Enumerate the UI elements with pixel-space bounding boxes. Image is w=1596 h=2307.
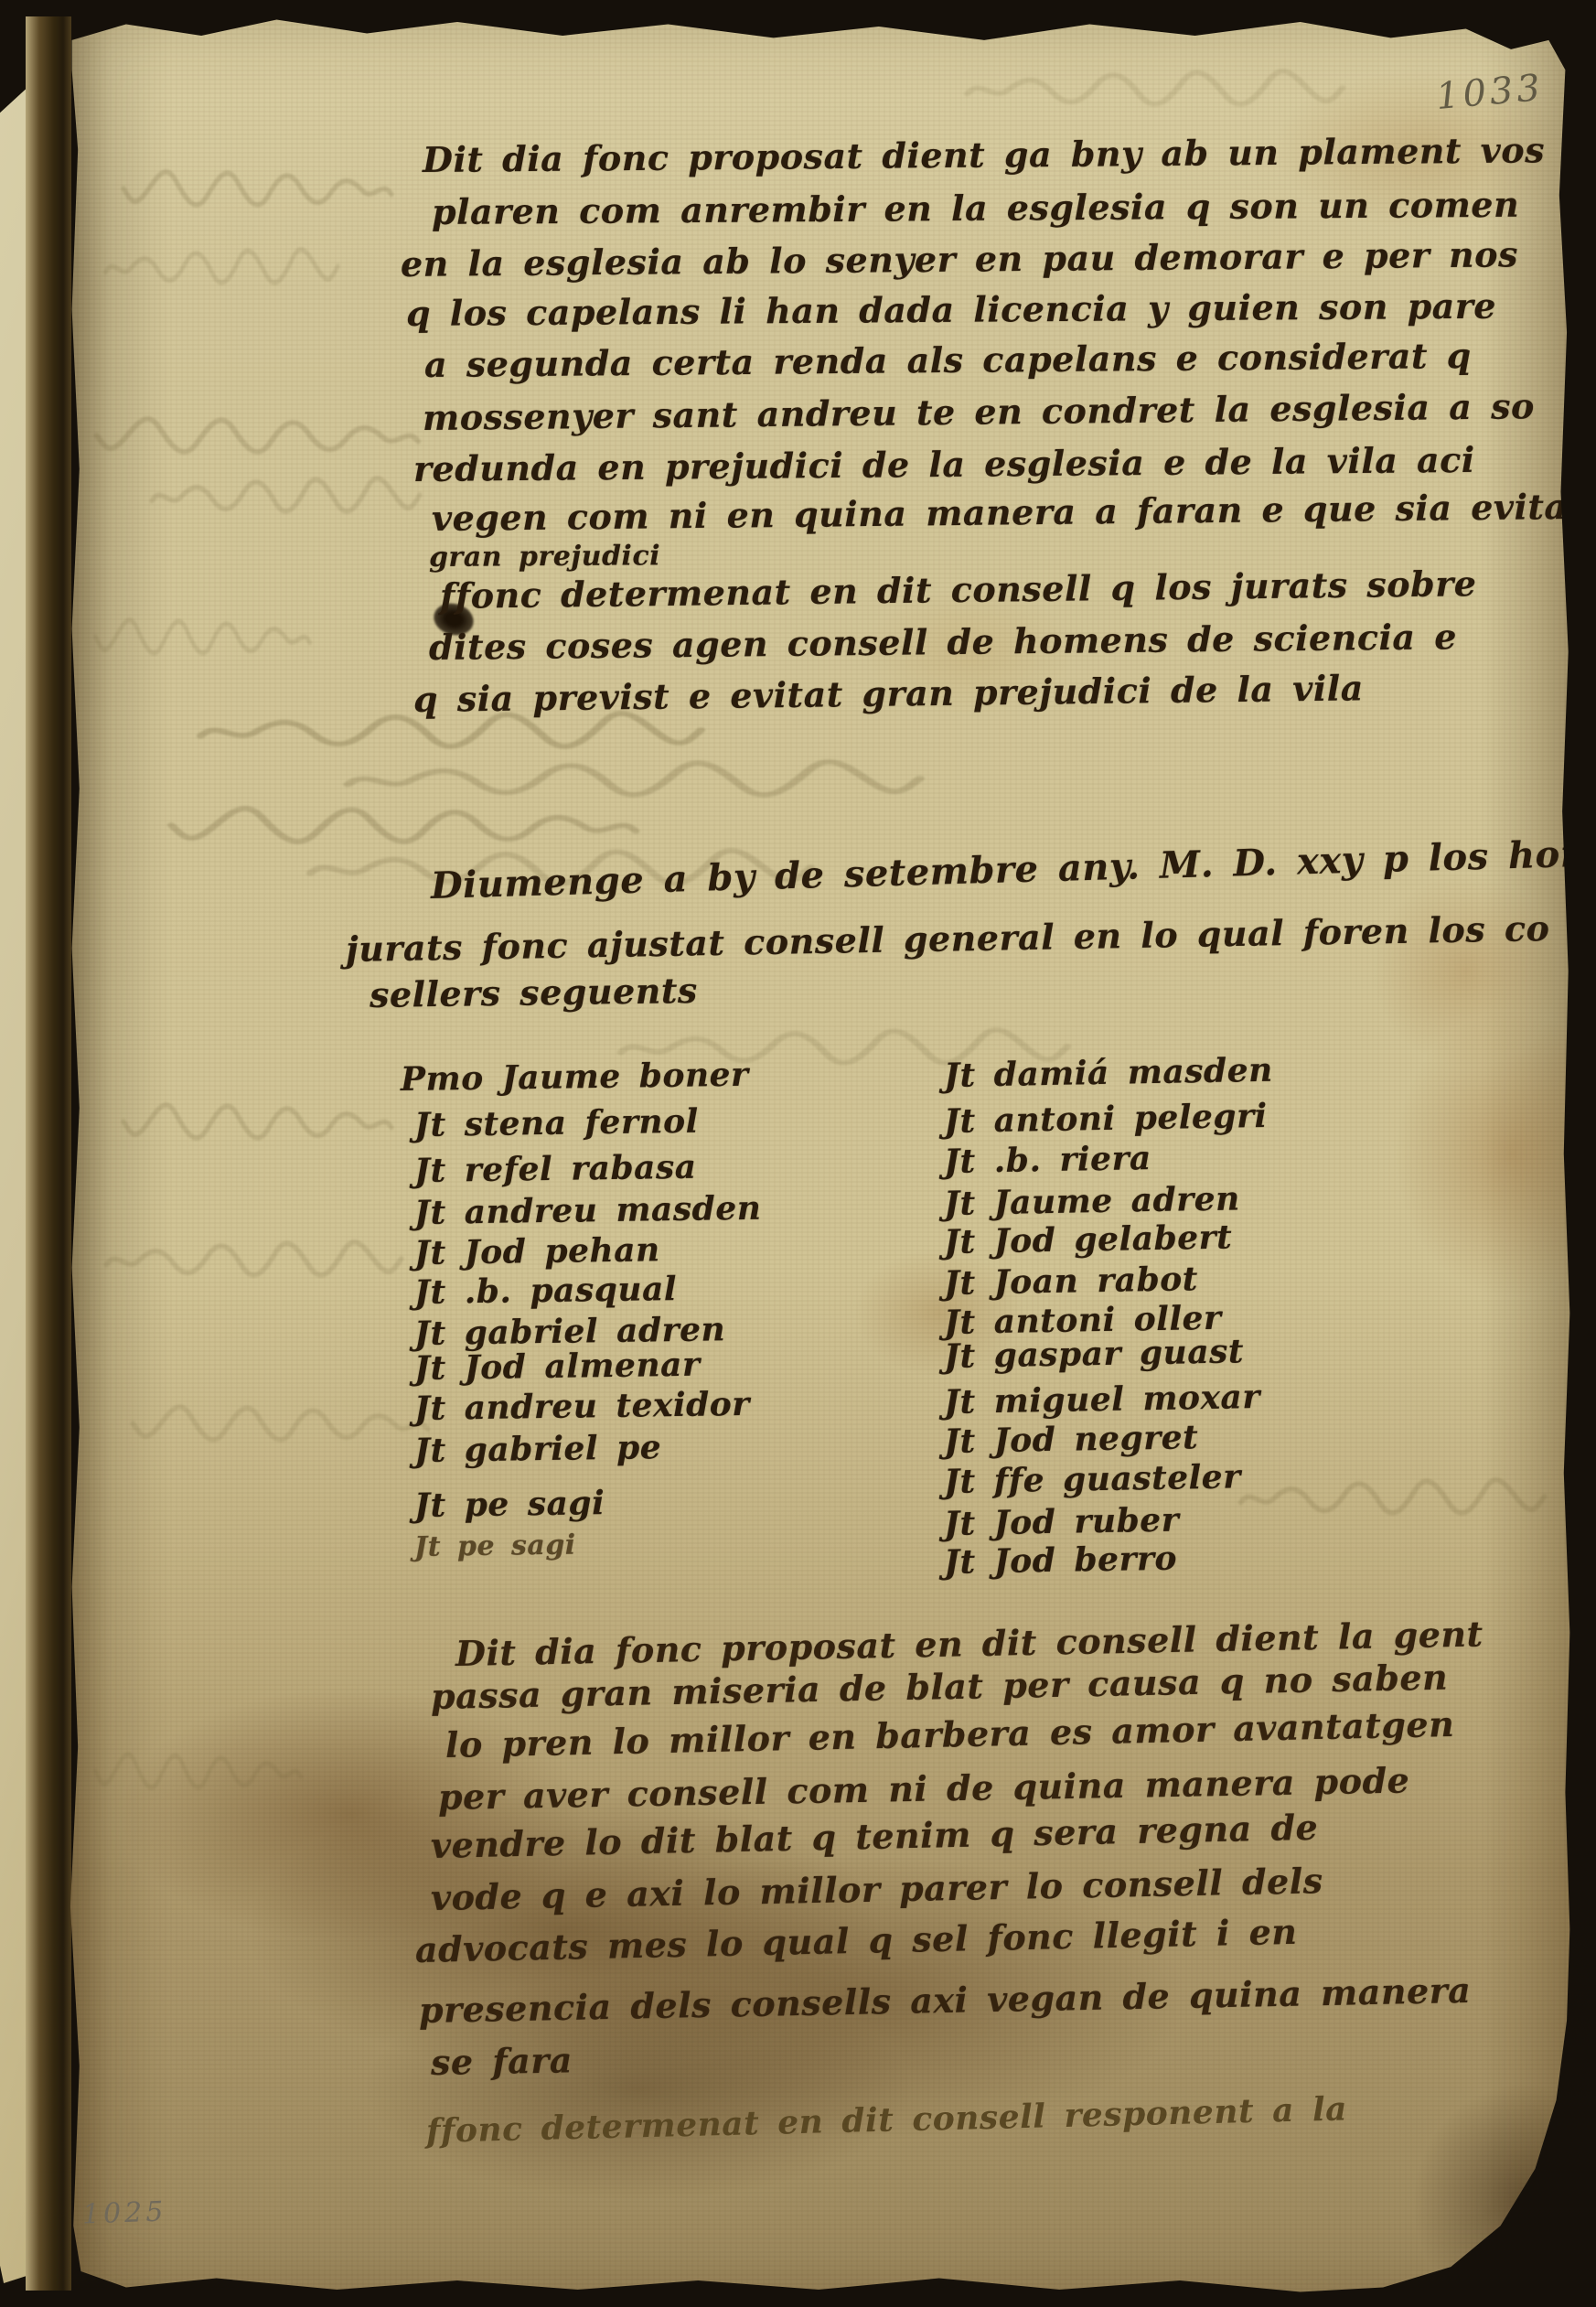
attendee-name: Jt refel rabasa [414,1148,697,1190]
attendee-name: Jt pe sagi [414,1484,605,1525]
manuscript-line: q sia previst e evitat gran prejudici de… [413,667,1364,720]
manuscript-page: Dit dia fonc proposat dient ga bny ab un… [66,13,1571,2294]
attendee-name: Jt andreu texidor [414,1385,750,1428]
manuscript-line: jurats fonc ajustat consell general en l… [346,907,1550,970]
manuscript-line: vegen com ni en quina manera a faran e q… [432,486,1584,539]
attendee-name: Jt Jod ruber [944,1501,1180,1543]
manuscript-scan-photo: { "ms": { "folio_top": "1033", "folio_bo… [0,0,1596,2307]
attendee-name: Jt andreu masden [414,1189,762,1232]
bleed-through-writing [102,246,340,286]
bleed-through-writing [102,1239,404,1279]
bleed-through-writing [1237,1476,1548,1517]
manuscript-line: redunda en prejudici de la esglesia e de… [413,439,1475,489]
attendee-name: Jt gabriel pe [414,1428,662,1470]
attendee-name: Jt Jod pehan [414,1230,660,1272]
manuscript-line: a segunda certa renda als capelans e con… [424,335,1472,385]
binding-gutter-shadow [26,16,71,2291]
attendee-name: Jt Jod negret [944,1418,1199,1461]
manuscript-line: mossenyer sant andreu te en condret la e… [423,385,1535,438]
bleed-through-writing [130,1403,432,1443]
bleed-through-writing [93,617,313,657]
attendee-name: Jt antoni pelegri [944,1097,1268,1141]
manuscript-line: advocats mes lo qual q sel fonc llegit i… [415,1911,1298,1970]
manuscript-line: q los capelans li han dada licencia y gu… [406,285,1496,334]
manuscript-line: presencia dels consells axi vegan de qui… [419,1969,1472,2031]
washed-out-line [166,805,642,845]
bleed-through-writing [148,475,423,515]
attendee-name: Jt Jod almenar [414,1346,701,1388]
manuscript-line: dites coses agen consell de homens de sc… [429,616,1457,668]
attendee-name: Jt Jod berro [944,1540,1178,1582]
folio-number-bottom-left: 1025 [81,2195,167,2230]
attendee-name: Pmo Jaume boner [401,1056,749,1099]
bleed-through-writing [121,168,395,209]
bleed-through-writing [93,1751,304,1791]
bleed-through-writing [962,68,1346,108]
manuscript-closing-line: ffonc determenat en dit consell responen… [425,2089,1347,2151]
attendee-name: Jt Joan rabot [944,1260,1199,1303]
attendee-name: Jt Jaume adren [944,1179,1240,1223]
manuscript-line: Dit dia fonc proposat dient ga bny ab un… [423,129,1545,180]
washed-out-line [340,758,926,799]
attendee-name: Jt Jod gelabert [944,1218,1233,1261]
manuscript-line: sellers seguents [370,970,698,1015]
manuscript-line: vode q e axi lo millor parer lo consell … [431,1860,1323,1918]
bleed-through-writing [93,415,423,456]
attendee-name: Jt .b. riera [944,1139,1152,1181]
manuscript-line: plaren com anrembir en la esglesia q son… [432,184,1519,232]
attendee-name: Jt .b. pasqual [414,1270,678,1312]
attendee-name: Jt stena fernol [414,1102,699,1144]
attendee-name: Jt miguel moxar [944,1378,1260,1422]
attendee-name: Jt gaspar guast [944,1332,1245,1376]
manuscript-line: Diumenge a by de setembre any. M. D. xxy… [430,830,1596,907]
attendee-name: Jt ffe guasteler [944,1457,1241,1501]
attendee-name: Jt damiá masden [944,1051,1273,1095]
manuscript-line: se fara [431,2039,573,2083]
bleed-through-writing [121,1101,395,1142]
manuscript-line: en la esglesia ab lo senyer en pau demor… [401,233,1518,284]
attendee-name: Jt pe sagi [414,1529,576,1563]
manuscript-line: gran prejudici [429,540,660,574]
